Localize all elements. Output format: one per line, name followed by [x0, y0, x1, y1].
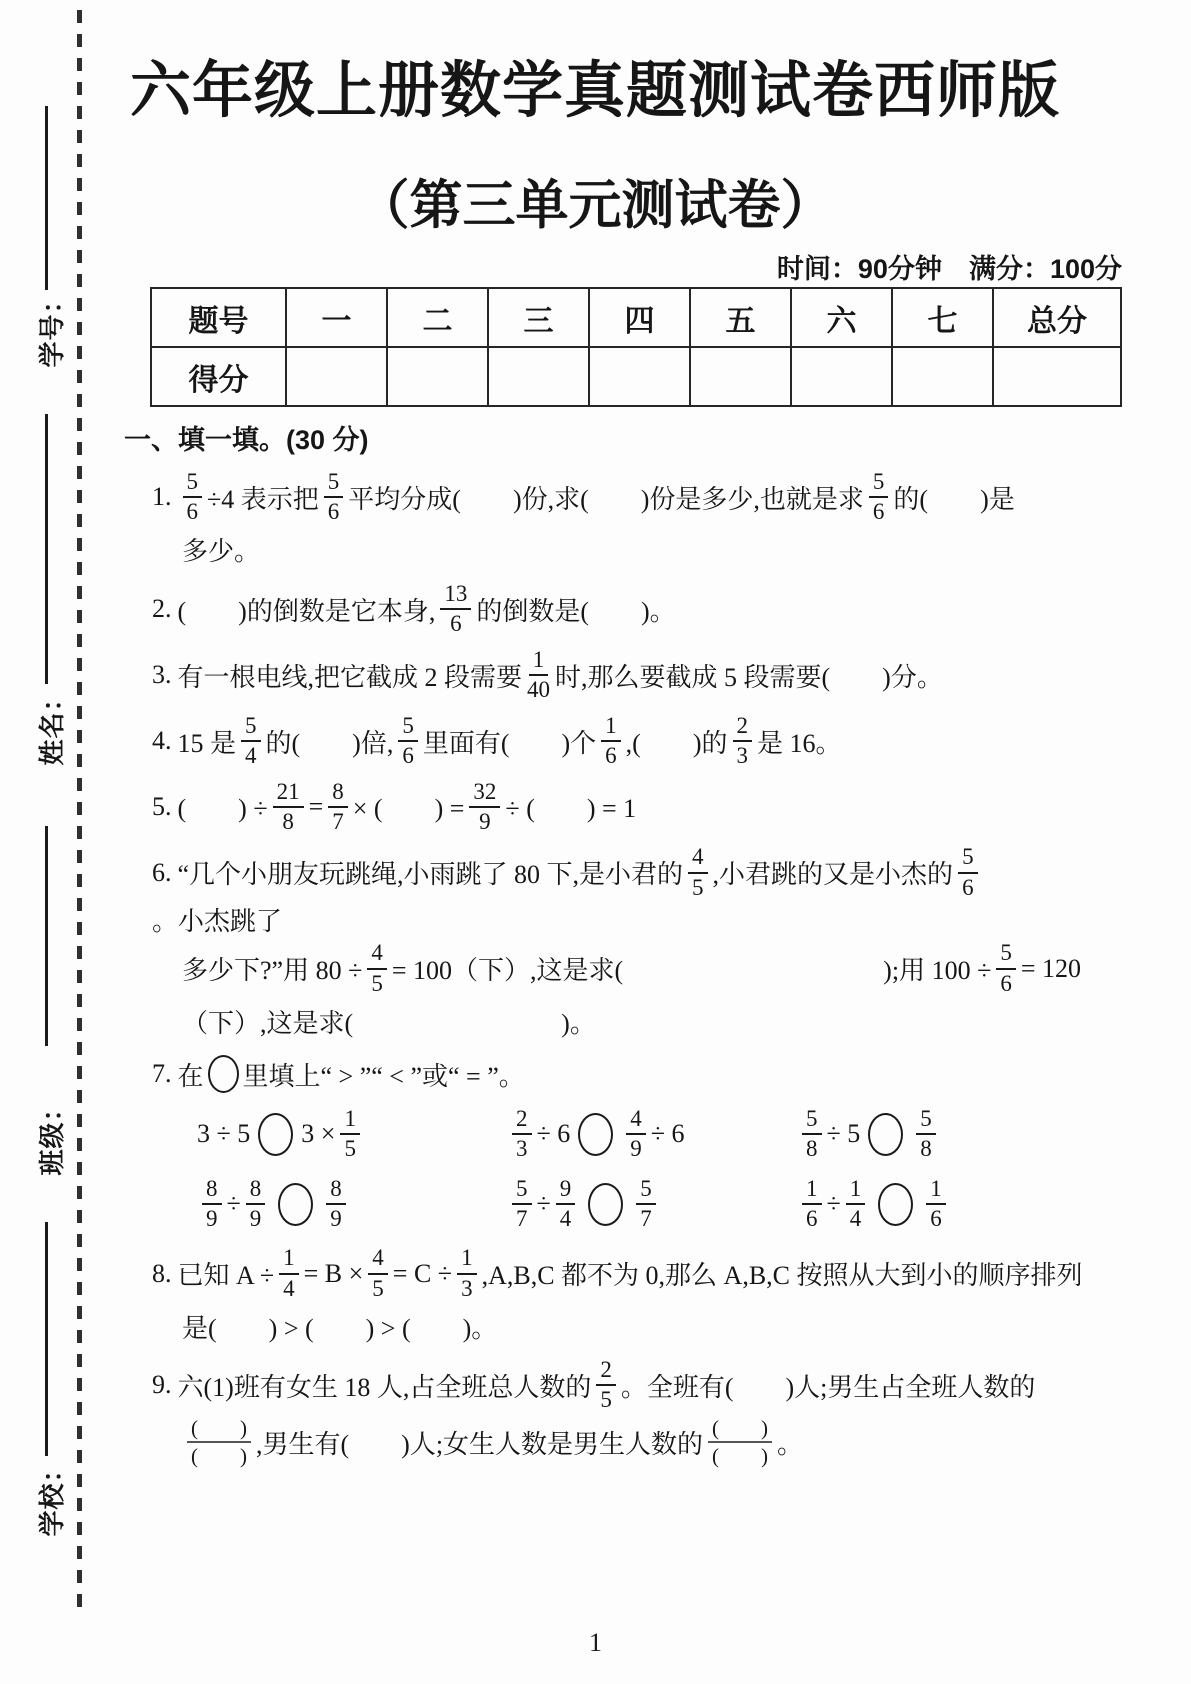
fraction-denominator: 6 [962, 874, 974, 901]
question-number: 4. [152, 726, 172, 756]
fraction-numerator: 21 [273, 779, 304, 808]
fraction-denominator: 7 [332, 808, 344, 835]
fraction-denominator: 6 [402, 742, 414, 769]
score-table: 题号 一 二 三 四 五 六 七 总分 得分 [150, 287, 1122, 407]
question-text: 。 [777, 1424, 803, 1461]
fraction-denominator: 6 [873, 498, 885, 525]
question-text: 。小杰跳了 [152, 901, 282, 938]
fraction-numerator: 5 [958, 844, 978, 873]
question-text: = B × [304, 1259, 364, 1289]
page-number: 1 [0, 1628, 1191, 1658]
question-text: 15 是 [178, 723, 237, 760]
fraction: 140 [527, 647, 550, 704]
fraction-denominator: 4 [560, 1205, 572, 1232]
question-item: 6.“几个小朋友玩跳绳,小雨跳了 80 下,是小君的45,小君跳的又是小杰的56… [152, 844, 1089, 1043]
fraction-numerator: 8 [202, 1176, 222, 1205]
score-cell-empty [387, 347, 488, 406]
comparison-circle-blank [588, 1183, 623, 1226]
fraction-denominator: 6 [328, 498, 340, 525]
question-line: 多少下?”用 80 ÷45= 100（下）,这是求( );用 100 ÷56= … [182, 940, 1089, 997]
fraction: 57 [512, 1176, 532, 1233]
comparison-circle-blank [878, 1183, 913, 1226]
fraction-numerator: 8 [326, 1176, 346, 1205]
questions-list: 1.56÷4 表示把56平均分成( )份,求( )份是多少,也就是求56的( )… [124, 469, 1089, 1468]
fraction-numerator: 5 [324, 469, 344, 498]
fraction-numerator: 5 [996, 940, 1016, 969]
fraction: 15 [340, 1106, 360, 1163]
fraction: 58 [916, 1106, 936, 1163]
fraction-denominator: 6 [187, 498, 199, 525]
fraction-denominator: 8 [806, 1135, 818, 1162]
class-label: 班级： [32, 1089, 62, 1181]
question-text: = 120 [1021, 954, 1081, 984]
question-number: 9. [152, 1370, 172, 1400]
question-item: 9.六(1)班有女生 18 人,占全班总人数的25。全班有( )人;男生占全班人… [152, 1357, 1089, 1468]
question-line: 5.( ) ÷218=87× ( ) =329÷ ( ) = 1 [152, 779, 1089, 836]
question-text: 六(1)班有女生 18 人,占全班总人数的 [178, 1367, 592, 1404]
question-item: 3.有一根电线,把它截成 2 段需要140时,那么要截成 5 段需要( )分。 [152, 647, 1089, 704]
score-row-label-cell: 得分 [151, 347, 286, 406]
question-number: 6. [152, 858, 172, 888]
fraction-numerator: 1 [926, 1176, 946, 1205]
fraction: 16 [926, 1176, 946, 1233]
fraction-denominator: 5 [372, 1275, 384, 1302]
fraction-numerator: 5 [398, 713, 418, 742]
question-text: （下）,这是求( )。 [182, 1003, 596, 1040]
question-line: 9.六(1)班有女生 18 人,占全班总人数的25。全班有( )人;男生占全班人… [152, 1357, 1089, 1414]
question-line: 1.56÷4 表示把56平均分成( )份,求( )份是多少,也就是求56的( )… [152, 469, 1089, 526]
fold-dashed-line [77, 10, 82, 1614]
question-item: 8.已知 A ÷14= B ×45= C ÷13,A,B,C 都不为 0,那么 … [152, 1245, 1089, 1348]
comparison-item: 58÷ 558 [797, 1102, 1089, 1166]
score-cell-empty [892, 347, 993, 406]
comparison-circle-blank [868, 1113, 903, 1156]
question-text: ,( )的 [626, 723, 728, 760]
fraction-denominator: 6 [930, 1205, 942, 1232]
fraction-numerator: 32 [469, 779, 500, 808]
question-text: ÷ ( ) = 1 [505, 788, 636, 825]
fraction: 57 [636, 1176, 656, 1233]
margin-fill-line [45, 826, 48, 1046]
question-item: 1.56÷4 表示把56平均分成( )份,求( )份是多少,也就是求56的( )… [152, 469, 1089, 572]
score-table-header-cell: 总分 [993, 288, 1121, 347]
fraction: 56 [324, 469, 344, 526]
question-text: × ( ) = [353, 788, 465, 825]
fraction: 218 [273, 779, 304, 836]
question-text: 里填上“ > ”“ < ”或“ = ”。 [243, 1056, 525, 1093]
score-cell-empty [488, 347, 589, 406]
score-table-header-cell: 六 [791, 288, 892, 347]
fraction-denominator: 5 [371, 970, 383, 997]
question-text: = 100（下）,这是求( );用 100 ÷ [392, 950, 991, 987]
blank-fraction-numerator: ( ) [187, 1416, 251, 1443]
question-item: 2.( )的倒数是它本身,136的倒数是( )。 [152, 581, 1089, 638]
question-text: 3 ÷ 5 [197, 1119, 250, 1149]
question-number: 5. [152, 792, 172, 822]
fraction-numerator: 1 [529, 647, 549, 676]
fraction-numerator: 5 [183, 469, 203, 498]
comparison-circle-blank [208, 1055, 239, 1093]
comparison-circle-blank [278, 1183, 313, 1226]
question-text: ( )的倒数是它本身, [178, 591, 436, 628]
blank-fraction-numerator: ( ) [708, 1416, 772, 1443]
fraction: 56 [958, 844, 978, 901]
fraction-numerator: 13 [440, 581, 471, 610]
question-text: ÷ [227, 1189, 241, 1219]
fraction: 14 [846, 1176, 866, 1233]
question-text: ( ) ÷ [178, 788, 268, 825]
margin-fill-line [45, 106, 48, 290]
fraction-numerator: 1 [846, 1176, 866, 1205]
paper-content: 一、填一填。(30 分) 1.56÷4 表示把56平均分成( )份,求( )份是… [124, 418, 1089, 1477]
fraction: 45 [367, 940, 387, 997]
time-score-info: 时间：90分钟 满分：100分 [150, 247, 1122, 286]
question-text: ÷ 6 [537, 1119, 571, 1149]
fraction-numerator: 1 [340, 1106, 360, 1135]
question-text: 多少下?”用 80 ÷ [182, 950, 362, 987]
comparison-row: 89÷898957÷945716÷1416 [197, 1172, 1089, 1236]
question-text: 平均分成( )份,求( )份是多少,也就是求 [348, 479, 864, 516]
question-text: ,小君跳的又是小杰的 [713, 854, 954, 891]
question-text: 的( )是 [893, 479, 1014, 516]
fraction-numerator: 5 [916, 1106, 936, 1135]
question-text: 里面有( )个 [423, 723, 596, 760]
fraction-numerator: 1 [802, 1176, 822, 1205]
fraction-numerator: 2 [512, 1106, 532, 1135]
question-line: 6.“几个小朋友玩跳绳,小雨跳了 80 下,是小君的45,小君跳的又是小杰的56… [152, 844, 1089, 938]
fraction-denominator: 9 [250, 1205, 262, 1232]
fraction-denominator: 9 [630, 1135, 642, 1162]
question-number: 2. [152, 594, 172, 624]
student-name-label: 姓名： [32, 679, 62, 771]
comparison-row: 3 ÷ 53 ×1523÷ 649÷ 658÷ 558 [197, 1102, 1089, 1166]
fraction-numerator: 4 [688, 844, 708, 873]
fraction-denominator: 5 [600, 1386, 612, 1413]
paper-title: 六年级上册数学真题测试卷西师版 [95, 42, 1095, 129]
score-table-header-cell: 七 [892, 288, 993, 347]
score-cell-empty [690, 347, 791, 406]
fraction: 56 [869, 469, 889, 526]
fraction-denominator: 6 [1000, 970, 1012, 997]
comparison-item: 3 ÷ 53 ×15 [197, 1102, 507, 1166]
comparison-circle-blank [578, 1113, 613, 1156]
fraction: 13 [457, 1245, 477, 1302]
question-line: 4.15 是54的( )倍,56里面有( )个16,( )的23是 16。 [152, 713, 1089, 770]
question-text: = [309, 792, 324, 822]
question-line: 7.在里填上“ > ”“ < ”或“ = ”。 [152, 1052, 1089, 1096]
question-text: 的( )倍, [266, 723, 394, 760]
score-cell-empty [589, 347, 690, 406]
fraction-numerator: 4 [626, 1106, 646, 1135]
question-line: 3.有一根电线,把它截成 2 段需要140时,那么要截成 5 段需要( )分。 [152, 647, 1089, 704]
fraction-denominator: 6 [605, 742, 617, 769]
question-item: 5.( ) ÷218=87× ( ) =329÷ ( ) = 1 [152, 779, 1089, 836]
fraction: 89 [202, 1176, 222, 1233]
question-number: 8. [152, 1259, 172, 1289]
fraction: 89 [326, 1176, 346, 1233]
fraction-numerator: 1 [601, 713, 621, 742]
question-item: 4.15 是54的( )倍,56里面有( )个16,( )的23是 16。 [152, 713, 1089, 770]
fraction-denominator: 8 [920, 1135, 932, 1162]
paper-subtitle: （第三单元测试卷） [95, 163, 1095, 239]
fraction-denominator: 9 [479, 808, 491, 835]
score-table-header-cell: 题号 [151, 288, 286, 347]
question-text: ÷4 表示把 [207, 479, 319, 516]
fraction-numerator: 1 [457, 1245, 477, 1274]
fraction: 16 [601, 713, 621, 770]
score-table-header-cell: 二 [387, 288, 488, 347]
fraction-denominator: 3 [516, 1135, 528, 1162]
fraction-denominator: 5 [344, 1135, 356, 1162]
fraction-numerator: 5 [869, 469, 889, 498]
question-text: = C ÷ [393, 1259, 452, 1289]
question-line: 多少。 [182, 528, 1089, 572]
fraction-denominator: 4 [283, 1275, 295, 1302]
fraction-numerator: 2 [733, 713, 753, 742]
score-cell-empty [791, 347, 892, 406]
fraction: 56 [398, 713, 418, 770]
question-text: ÷ [537, 1189, 551, 1219]
comparison-item: 23÷ 649÷ 6 [507, 1102, 797, 1166]
margin-fill-line [45, 414, 48, 684]
fraction: 136 [440, 581, 471, 638]
fraction-numerator: 4 [368, 1245, 388, 1274]
fraction-numerator: 5 [802, 1106, 822, 1135]
fraction: 56 [183, 469, 203, 526]
fraction-denominator: 6 [450, 610, 462, 637]
score-table-header-cell: 三 [488, 288, 589, 347]
fraction-denominator: 3 [737, 742, 749, 769]
fraction-denominator: 3 [461, 1275, 473, 1302]
score-cell-empty [286, 347, 387, 406]
fraction-numerator: 9 [556, 1176, 576, 1205]
fraction: 94 [556, 1176, 576, 1233]
question-text: “几个小朋友玩跳绳,小雨跳了 80 下,是小君的 [178, 854, 684, 891]
fraction: 58 [802, 1106, 822, 1163]
comparison-circle-blank [258, 1113, 293, 1156]
question-line: （下）,这是求( )。 [182, 999, 1089, 1043]
question-item: 7.在里填上“ > ”“ < ”或“ = ”。3 ÷ 53 ×1523÷ 649… [152, 1052, 1089, 1236]
question-text: 在 [178, 1056, 204, 1093]
fraction-denominator: 9 [330, 1205, 342, 1232]
question-text: 已知 A ÷ [178, 1255, 275, 1292]
fraction-denominator: 7 [516, 1205, 528, 1232]
fraction-numerator: 1 [279, 1245, 299, 1274]
fraction: 56 [996, 940, 1016, 997]
fraction-numerator: 5 [636, 1176, 656, 1205]
fraction-numerator: 8 [328, 779, 348, 808]
fraction: 329 [469, 779, 500, 836]
fraction: 14 [279, 1245, 299, 1302]
question-text: 是( ) > ( ) > ( )。 [182, 1308, 497, 1345]
blank-fraction: ( )( ) [708, 1416, 772, 1468]
fraction: 87 [328, 779, 348, 836]
question-text: 。全班有( )人;男生占全班人数的 [621, 1367, 1036, 1404]
fraction-numerator: 2 [596, 1357, 616, 1386]
margin-fill-line [45, 1222, 48, 1456]
paper-header: 六年级上册数学真题测试卷西师版 （第三单元测试卷） [95, 0, 1095, 239]
question-number: 3. [152, 660, 172, 690]
fraction: 54 [241, 713, 261, 770]
question-number: 7. [152, 1059, 172, 1089]
section-heading: 一、填一填。(30 分) [124, 418, 1089, 457]
fraction: 45 [688, 844, 708, 901]
fraction-denominator: 40 [527, 676, 550, 703]
fraction-numerator: 5 [241, 713, 261, 742]
question-text: 3 × [301, 1119, 335, 1149]
fraction-denominator: 4 [850, 1205, 862, 1232]
blank-fraction-denominator: ( ) [712, 1443, 768, 1468]
question-text: ÷ 6 [651, 1119, 685, 1149]
fraction-denominator: 6 [806, 1205, 818, 1232]
comparison-item: 57÷9457 [507, 1172, 797, 1236]
fraction-numerator: 4 [367, 940, 387, 969]
question-line: 是( ) > ( ) > ( )。 [182, 1304, 1089, 1348]
question-text: 多少。 [182, 531, 260, 568]
score-table-header-cell: 五 [690, 288, 791, 347]
fraction-denominator: 8 [282, 808, 294, 835]
fraction: 49 [626, 1106, 646, 1163]
question-number: 1. [152, 482, 172, 512]
question-text: 是 16。 [757, 723, 842, 760]
question-text: ÷ 5 [827, 1119, 861, 1149]
fraction: 16 [802, 1176, 822, 1233]
fraction-denominator: 5 [692, 874, 704, 901]
question-text: 的倒数是( )。 [476, 591, 675, 628]
fraction-denominator: 9 [206, 1205, 218, 1232]
score-table-header-cell: 一 [286, 288, 387, 347]
student-id-label: 学号： [32, 281, 62, 373]
fraction-numerator: 8 [246, 1176, 266, 1205]
question-text: ,男生有( )人;女生人数是男生人数的 [256, 1424, 703, 1461]
question-text: 有一根电线,把它截成 2 段需要 [178, 657, 523, 694]
test-paper-page: 学号： 姓名： 班级： 学校： 六年级上册数学真题测试卷西师版 （第三单元测试卷… [0, 0, 1191, 1684]
fraction: 89 [246, 1176, 266, 1233]
question-line: 2.( )的倒数是它本身,136的倒数是( )。 [152, 581, 1089, 638]
question-line: ( )( ),男生有( )人;女生人数是男生人数的( )( )。 [182, 1416, 1089, 1468]
fraction: 23 [733, 713, 753, 770]
comparison-item: 16÷1416 [797, 1172, 1089, 1236]
score-cell-empty [993, 347, 1121, 406]
comparison-item: 89÷8989 [197, 1172, 507, 1236]
score-table-score-row: 得分 [151, 347, 1121, 406]
school-label: 学校： [32, 1450, 62, 1542]
fraction-numerator: 5 [512, 1176, 532, 1205]
fraction: 25 [596, 1357, 616, 1414]
question-text: ÷ [827, 1189, 841, 1219]
fraction: 23 [512, 1106, 532, 1163]
question-text: 时,那么要截成 5 段需要( )分。 [555, 657, 943, 694]
question-text: ,A,B,C 都不为 0,那么 A,B,C 按照从大到小的顺序排列 [482, 1255, 1083, 1292]
blank-fraction-denominator: ( ) [191, 1443, 247, 1468]
question-line: 8.已知 A ÷14= B ×45= C ÷13,A,B,C 都不为 0,那么 … [152, 1245, 1089, 1302]
score-table-header-row: 题号 一 二 三 四 五 六 七 总分 [151, 288, 1121, 347]
fraction: 45 [368, 1245, 388, 1302]
blank-fraction: ( )( ) [187, 1416, 251, 1468]
fraction-denominator: 4 [245, 742, 257, 769]
score-table-header-cell: 四 [589, 288, 690, 347]
fraction-denominator: 7 [640, 1205, 652, 1232]
